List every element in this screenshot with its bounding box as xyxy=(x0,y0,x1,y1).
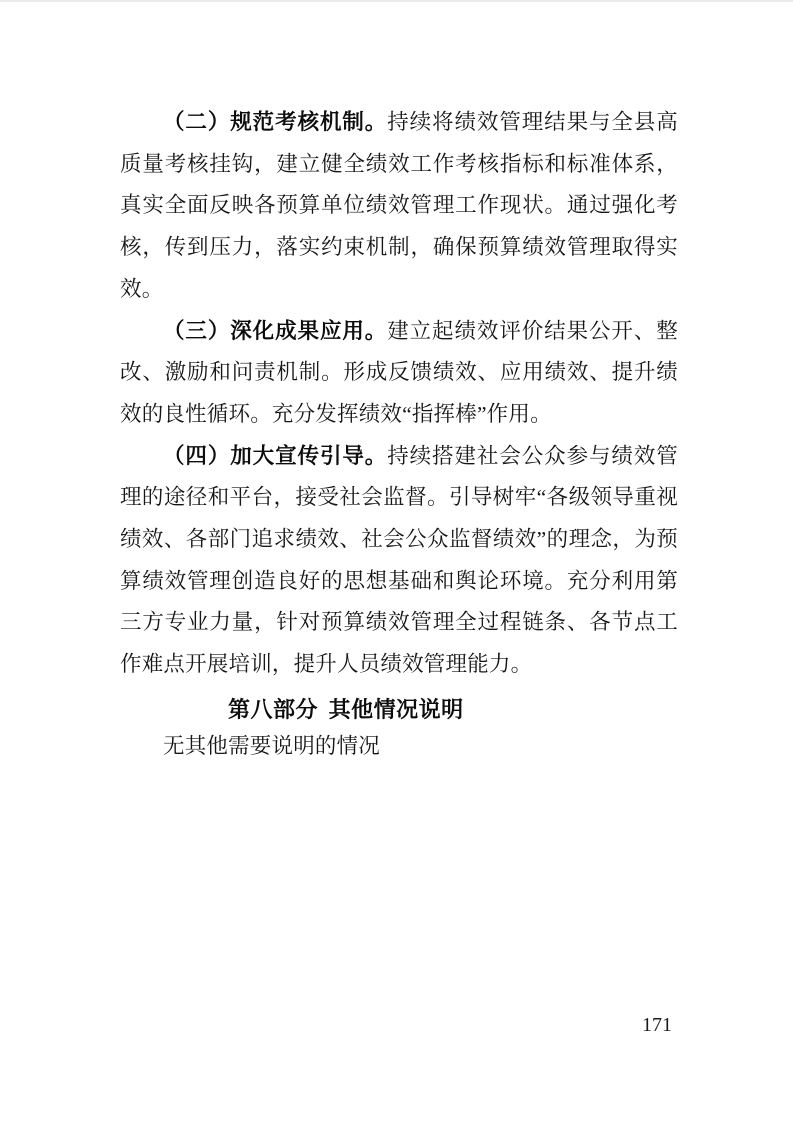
document-page: （二）规范考核机制。持续将绩效管理结果与全县高质量考核挂钩，建立健全绩效工作考核… xyxy=(0,0,793,1122)
paragraph-section-2: （二）规范考核机制。持续将绩效管理结果与全县高质量考核挂钩，建立健全绩效工作考核… xyxy=(120,102,678,311)
paragraph-text: 持续搭建社会公众参与绩效管理的途径和平台，接受社会监督。引导树牢“各级领导重视绩… xyxy=(120,444,678,677)
page-number: 171 xyxy=(642,1013,672,1037)
closing-statement: 无其他需要说明的情况 xyxy=(120,726,678,768)
paragraph-lead: （四）加大宣传引导。 xyxy=(163,444,387,468)
paragraph-text: 持续将绩效管理结果与全县高质量考核挂钩，建立健全绩效工作考核指标和标准体系，真实… xyxy=(120,110,678,301)
document-body: （二）规范考核机制。持续将绩效管理结果与全县高质量考核挂钩，建立健全绩效工作考核… xyxy=(120,102,678,768)
paragraph-section-3: （三）深化成果应用。建立起绩效评价结果公开、整改、激励和问责机制。形成反馈绩效、… xyxy=(120,311,678,436)
paragraph-lead: （三）深化成果应用。 xyxy=(163,319,387,343)
section-heading-part-8: 第八部分 其他情况说明 xyxy=(228,694,678,726)
scan-edge-artifact xyxy=(0,0,793,2)
paragraph-lead: （二）规范考核机制。 xyxy=(163,110,387,134)
paragraph-section-4: （四）加大宣传引导。持续搭建社会公众参与绩效管理的途径和平台，接受社会监督。引导… xyxy=(120,436,678,686)
